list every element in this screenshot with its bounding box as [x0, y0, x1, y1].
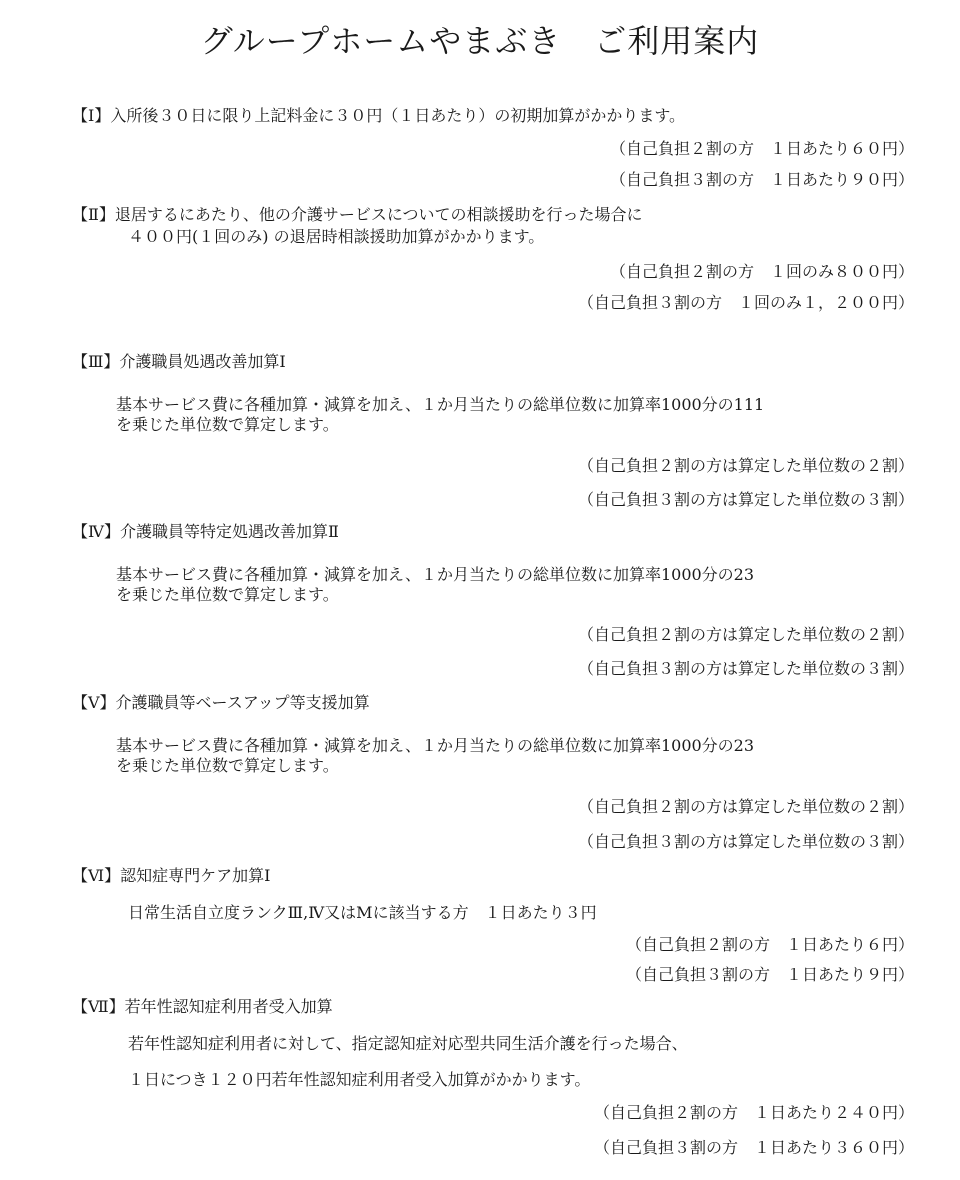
section-6-heading: 【Ⅵ】認知症専門ケア加算Ⅰ: [72, 866, 270, 886]
document-page: グループホームやまぶき ご利用案内 【Ⅰ】入所後３０日に限り上記料金に３０円（１…: [0, 0, 960, 1180]
section-2-heading: 【Ⅱ】退居するにあたり、他の介護サービスについての相談援助を行った場合に: [72, 205, 643, 225]
section-4-heading: 【Ⅳ】介護職員等特定処遇改善加算Ⅱ: [72, 522, 339, 542]
section-6-body-line: 日常生活自立度ランクⅢ,Ⅳ又はMに該当する方 １日あたり３円: [128, 903, 597, 923]
section-3-body-line: 基本サービス費に各種加算・減算を加え、１か月当たりの総単位数に加算率1000分の…: [116, 395, 764, 415]
section-2-note-3wari: （自己負担３割の方 １回のみ１，２００円）: [578, 293, 914, 313]
section-3-heading: 【Ⅲ】介護職員処遇改善加算Ⅰ: [72, 352, 286, 372]
section-5-note-3wari: （自己負担３割の方は算定した単位数の３割）: [578, 832, 914, 852]
section-1-note-3wari: （自己負担３割の方 １日あたり９０円）: [610, 170, 914, 190]
section-7-note-2wari: （自己負担２割の方 １日あたり２４０円）: [594, 1103, 914, 1123]
section-2-body-line: ４００円(１回のみ) の退居時相談援助加算がかかります。: [128, 227, 544, 247]
page-title: グループホームやまぶき ご利用案内: [0, 16, 960, 62]
section-7-body-line: 若年性認知症利用者に対して、指定認知症対応型共同生活介護を行った場合、: [128, 1034, 688, 1054]
section-7-body-line: １日につき１２０円若年性認知症利用者受入加算がかかります。: [128, 1070, 590, 1090]
section-4-body-line: 基本サービス費に各種加算・減算を加え、１か月当たりの総単位数に加算率1000分の…: [116, 565, 754, 585]
section-6-note-2wari: （自己負担２割の方 １日あたり６円）: [626, 935, 914, 955]
section-5-body-line: 基本サービス費に各種加算・減算を加え、１か月当たりの総単位数に加算率1000分の…: [116, 736, 754, 756]
section-7-note-3wari: （自己負担３割の方 １日あたり３６０円）: [594, 1138, 914, 1158]
section-2-note-2wari: （自己負担２割の方 １回のみ８００円）: [610, 262, 914, 282]
section-1-heading: 【Ⅰ】入所後３０日に限り上記料金に３０円（１日あたり）の初期加算がかかります。: [72, 106, 685, 126]
section-4-body-line: を乗じた単位数で算定します。: [116, 585, 339, 605]
section-5-note-2wari: （自己負担２割の方は算定した単位数の２割）: [578, 797, 914, 817]
section-1-note-2wari: （自己負担２割の方 １日あたり６０円）: [610, 139, 914, 159]
section-5-body-line: を乗じた単位数で算定します。: [116, 756, 339, 776]
section-7-heading: 【Ⅶ】若年性認知症利用者受入加算: [72, 997, 333, 1017]
section-3-note-3wari: （自己負担３割の方は算定した単位数の３割）: [578, 490, 914, 510]
section-5-heading: 【Ⅴ】介護職員等ベースアップ等支援加算: [72, 693, 370, 713]
section-4-note-3wari: （自己負担３割の方は算定した単位数の３割）: [578, 659, 914, 679]
section-6-note-3wari: （自己負担３割の方 １日あたり９円）: [626, 965, 914, 985]
section-3-note-2wari: （自己負担２割の方は算定した単位数の２割）: [578, 456, 914, 476]
section-3-body-line: を乗じた単位数で算定します。: [116, 415, 339, 435]
section-4-note-2wari: （自己負担２割の方は算定した単位数の２割）: [578, 625, 914, 645]
